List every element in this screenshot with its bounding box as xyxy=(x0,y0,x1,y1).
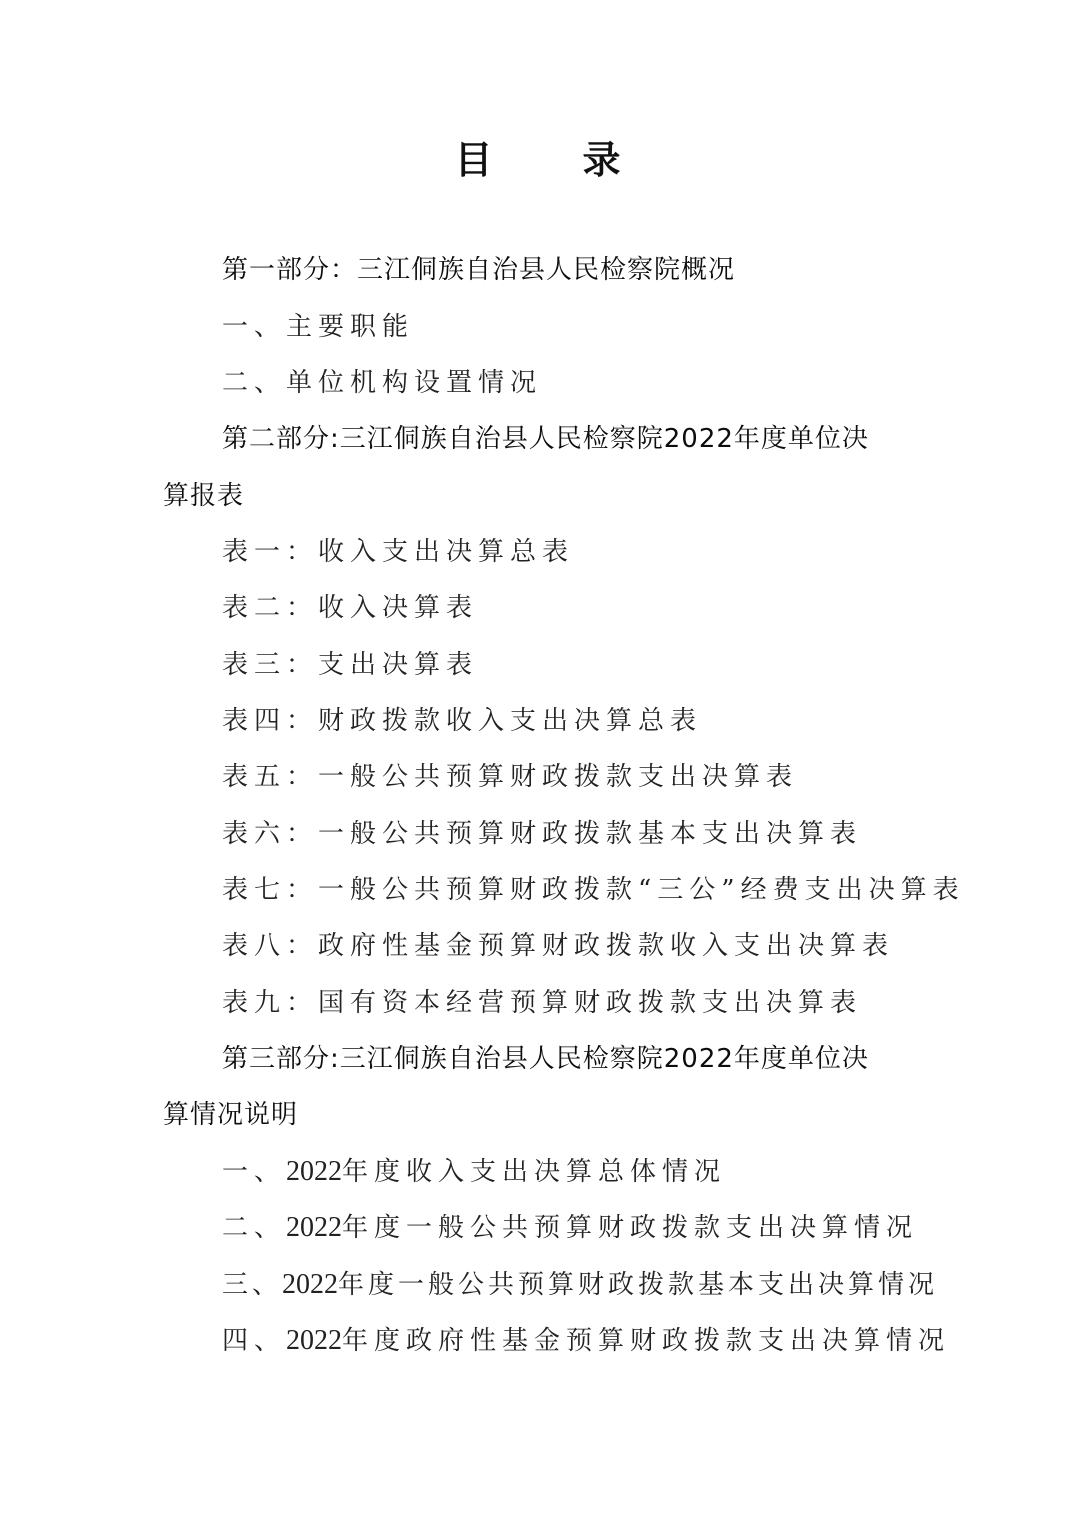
part-3-heading-line-1: 第三部分:三江侗族自治县人民检察院2022年度单位决 xyxy=(222,1039,869,1079)
toc-item: 表七：一般公共预算财政拨款“三公”经费支出决算表 xyxy=(222,870,965,910)
document-page: 目录 第一部分：三江侗族自治县人民检察院概况 一、主要职能 二、单位机构设置情况… xyxy=(0,0,1075,1520)
page-title: 目录 xyxy=(0,132,1075,188)
toc-item: 一、2022年度收入支出决算总体情况 xyxy=(222,1152,726,1192)
title-char-1: 目 xyxy=(454,132,492,188)
toc-item: 二、单位机构设置情况 xyxy=(222,363,542,403)
toc-item: 四、2022年度政府性基金预算财政拨款支出决算情况 xyxy=(222,1321,950,1361)
item-year: 2022 xyxy=(286,1212,342,1243)
item-text: 年度收入支出决算总体情况 xyxy=(342,1157,726,1187)
item-text: 年度政府性基金预算财政拨款支出决算情况 xyxy=(342,1326,950,1356)
item-text: 年度一般公共预算财政拨款支出决算情况 xyxy=(342,1213,918,1243)
toc-item: 三、2022年度一般公共预算财政拨款基本支出决算情况 xyxy=(222,1265,938,1305)
item-prefix: 三、 xyxy=(222,1270,282,1300)
toc-item: 表六：一般公共预算财政拨款基本支出决算表 xyxy=(222,814,862,854)
item-year: 2022 xyxy=(286,1325,342,1356)
toc-item: 表八：政府性基金预算财政拨款收入支出决算表 xyxy=(222,926,894,966)
item-prefix: 二、 xyxy=(222,1213,286,1243)
toc-item: 表四：财政拨款收入支出决算总表 xyxy=(222,701,702,741)
item-prefix: 一、 xyxy=(222,1157,286,1187)
part-3-heading-line-2: 算情况说明 xyxy=(163,1095,298,1135)
part-2-heading-line-2: 算报表 xyxy=(163,476,244,516)
toc-item: 表三：支出决算表 xyxy=(222,645,478,685)
toc-item: 表九：国有资本经营预算财政拨款支出决算表 xyxy=(222,983,862,1023)
item-text: 年度一般公共预算财政拨款基本支出决算情况 xyxy=(338,1270,938,1300)
item-year: 2022 xyxy=(282,1269,338,1300)
part-1-heading: 第一部分：三江侗族自治县人民检察院概况 xyxy=(222,250,735,290)
toc-item: 一、主要职能 xyxy=(222,307,414,347)
toc-item: 二、2022年度一般公共预算财政拨款支出决算情况 xyxy=(222,1208,918,1248)
toc-item: 表五：一般公共预算财政拨款支出决算表 xyxy=(222,757,798,797)
title-char-2: 录 xyxy=(583,132,621,188)
toc-item: 表二：收入决算表 xyxy=(222,588,478,628)
part-2-heading-line-1: 第二部分:三江侗族自治县人民检察院2022年度单位决 xyxy=(222,419,869,459)
toc-item: 表一：收入支出决算总表 xyxy=(222,532,574,572)
item-prefix: 四、 xyxy=(222,1326,286,1356)
item-year: 2022 xyxy=(286,1156,342,1187)
